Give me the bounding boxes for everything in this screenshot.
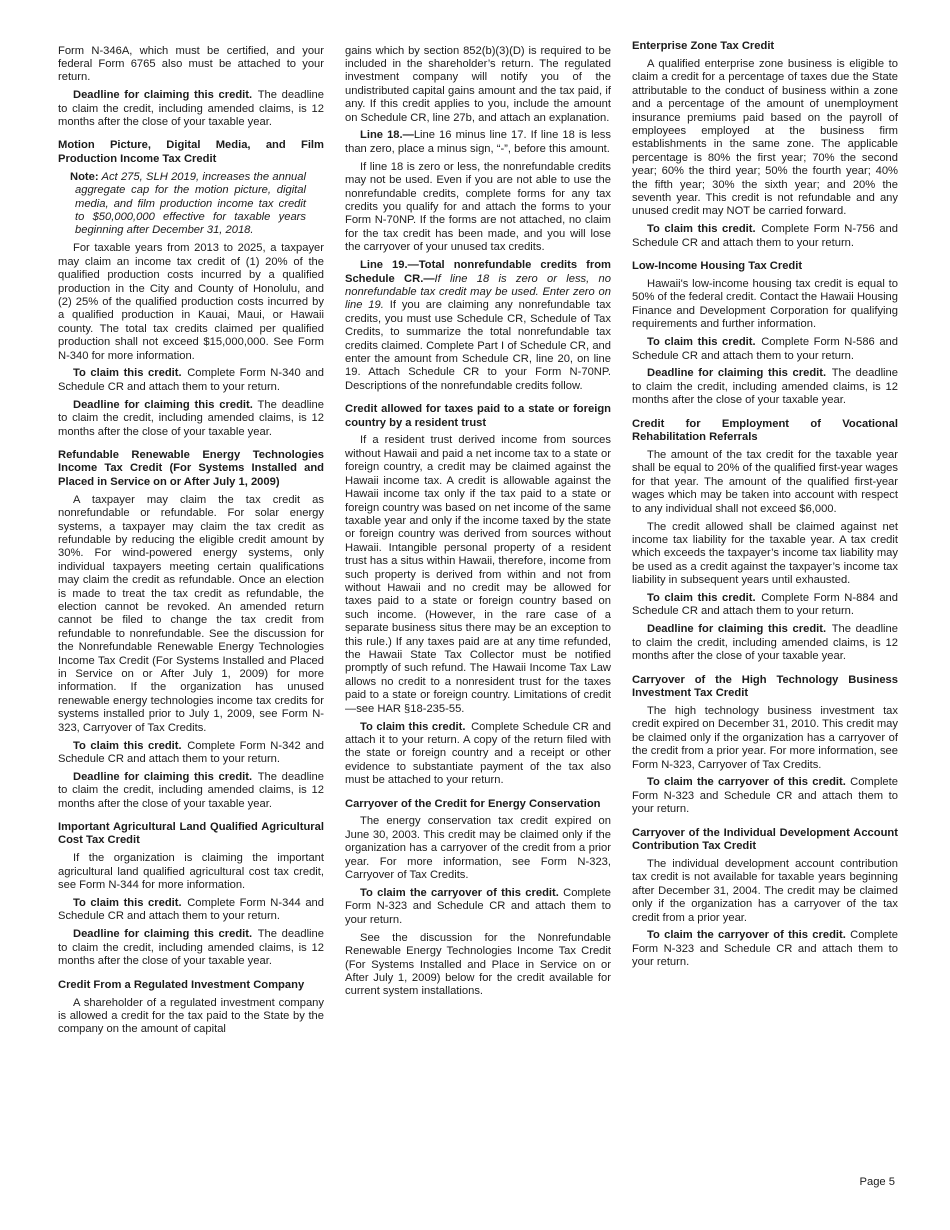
paragraph: See the discussion for the Nonrefundable…: [345, 932, 611, 999]
document-page: Form N-346A, which must be certified, an…: [0, 0, 950, 1230]
text-segment: The amount of the tax credit for the tax…: [632, 449, 898, 515]
bold-text-segment: To claim this credit.: [73, 740, 182, 752]
paragraph: For taxable years from 2013 to 2025, a t…: [58, 242, 324, 363]
text-column-2: gains which by section 852(b)(3)(D) is r…: [345, 40, 611, 1037]
bold-text-segment: Note:: [70, 171, 99, 183]
bold-text-segment: Line 18.—: [360, 129, 414, 141]
paragraph: Hawaii's low-income housing tax credit i…: [632, 278, 898, 332]
paragraph: Form N-346A, which must be certified, an…: [58, 45, 324, 85]
paragraph: Line 19.—Total nonrefundable credits fro…: [345, 259, 611, 393]
text-segment: If the organization is claiming the impo…: [58, 852, 324, 891]
page-number: Page 5: [860, 1176, 895, 1189]
text-column-3: Enterprise Zone Tax CreditA qualified en…: [632, 40, 898, 1037]
section-heading: Carryover of the Individual Development …: [632, 827, 898, 854]
text-segment: The individual development account contr…: [632, 858, 898, 924]
paragraph: To claim this credit. Complete Form N-34…: [58, 367, 324, 394]
paragraph: To claim this credit. Complete Schedule …: [345, 721, 611, 788]
bold-text-segment: To claim this credit.: [647, 592, 756, 604]
paragraph: If the organization is claiming the impo…: [58, 852, 324, 892]
section-heading: Carryover of the High Technology Busines…: [632, 674, 898, 701]
paragraph: To claim the carryover of this credit. C…: [345, 887, 611, 927]
paragraph: The amount of the tax credit for the tax…: [632, 449, 898, 516]
section-heading: Credit allowed for taxes paid to a state…: [345, 403, 611, 430]
paragraph: If line 18 is zero or less, the nonrefun…: [345, 161, 611, 255]
paragraph: The credit allowed shall be claimed agai…: [632, 521, 898, 588]
text-segment: The high technology business investment …: [632, 705, 898, 771]
paragraph: Deadline for claiming this credit. The d…: [58, 89, 324, 129]
bold-text-segment: To claim the carryover of this credit.: [647, 929, 846, 941]
paragraph: The high technology business investment …: [632, 705, 898, 772]
paragraph: A shareholder of a regulated investment …: [58, 997, 324, 1037]
paragraph: Deadline for claiming this credit. The d…: [58, 399, 324, 439]
paragraph: To claim the carryover of this credit. C…: [632, 776, 898, 816]
note-paragraph: Note: Act 275, SLH 2019, increases the a…: [75, 171, 306, 238]
bold-text-segment: Deadline for claiming this credit.: [647, 367, 826, 379]
bold-text-segment: Deadline for claiming this credit.: [73, 771, 252, 783]
paragraph: To claim this credit. Complete Form N-34…: [58, 740, 324, 767]
paragraph: The energy conservation tax credit expir…: [345, 815, 611, 882]
text-segment: A qualified enterprise zone business is …: [632, 58, 898, 217]
text-segment: The credit allowed shall be claimed agai…: [632, 521, 898, 587]
bold-text-segment: Deadline for claiming this credit.: [73, 399, 253, 411]
paragraph: To claim this credit. Complete Form N-58…: [632, 336, 898, 363]
text-column-1: Form N-346A, which must be certified, an…: [58, 40, 324, 1037]
text-segment: Hawaii's low-income housing tax credit i…: [632, 278, 898, 330]
three-column-text-layout: Form N-346A, which must be certified, an…: [0, 0, 950, 1037]
paragraph: Line 18.—Line 16 minus line 17. If line …: [345, 129, 611, 156]
paragraph: gains which by section 852(b)(3)(D) is r…: [345, 45, 611, 125]
text-segment: See the discussion for the Nonrefundable…: [345, 932, 611, 998]
section-heading: Important Agricultural Land Qualified Ag…: [58, 821, 324, 848]
paragraph: To claim this credit. Complete Form N-75…: [632, 223, 898, 250]
section-heading: Credit for Employment of Vocational Reha…: [632, 418, 898, 445]
text-segment: The energy conservation tax credit expir…: [345, 815, 611, 881]
paragraph: Deadline for claiming this credit. The d…: [58, 771, 324, 811]
text-segment: If line 18 is zero or less, the nonrefun…: [345, 161, 611, 253]
section-heading: Credit From a Regulated Investment Compa…: [58, 979, 324, 992]
bold-text-segment: Deadline for claiming this credit.: [73, 928, 252, 940]
text-segment: For taxable years from 2013 to 2025, a t…: [58, 242, 324, 361]
bold-text-segment: To claim the carryover of this credit.: [360, 887, 559, 899]
section-heading: Motion Picture, Digital Media, and Film …: [58, 139, 324, 166]
bold-text-segment: To claim this credit.: [73, 897, 182, 909]
paragraph: A taxpayer may claim the tax credit as n…: [58, 494, 324, 735]
text-segment: If you are claiming any nonrefundable ta…: [345, 299, 611, 391]
bold-text-segment: Deadline for claiming this credit.: [73, 89, 252, 101]
section-heading: Low-Income Housing Tax Credit: [632, 260, 898, 273]
paragraph: To claim this credit. Complete Form N-88…: [632, 592, 898, 619]
paragraph: A qualified enterprise zone business is …: [632, 58, 898, 219]
bold-text-segment: To claim the carryover of this credit.: [647, 776, 846, 788]
italic-text-segment: Act 275, SLH 2019, increases the annual …: [75, 171, 306, 237]
paragraph: Deadline for claiming this credit. The d…: [58, 928, 324, 968]
text-segment: gains which by section 852(b)(3)(D) is r…: [345, 45, 611, 124]
paragraph: Deadline for claiming this credit. The d…: [632, 367, 898, 407]
paragraph: The individual development account contr…: [632, 858, 898, 925]
text-segment: If a resident trust derived income from …: [345, 434, 611, 714]
section-heading: Carryover of the Credit for Energy Conse…: [345, 798, 611, 811]
section-heading: Refundable Renewable Energy Technologies…: [58, 449, 324, 489]
bold-text-segment: To claim this credit.: [647, 336, 756, 348]
paragraph: If a resident trust derived income from …: [345, 434, 611, 716]
text-segment: Form N-346A, which must be certified, an…: [58, 45, 324, 84]
section-heading: Enterprise Zone Tax Credit: [632, 40, 898, 53]
text-segment: A shareholder of a regulated investment …: [58, 997, 324, 1036]
paragraph: To claim this credit. Complete Form N-34…: [58, 897, 324, 924]
bold-text-segment: Deadline for claiming this credit.: [647, 623, 826, 635]
paragraph: Deadline for claiming this credit. The d…: [632, 623, 898, 663]
bold-text-segment: To claim this credit.: [647, 223, 756, 235]
text-segment: A taxpayer may claim the tax credit as n…: [58, 494, 324, 734]
bold-text-segment: To claim this credit.: [360, 721, 465, 733]
bold-text-segment: To claim this credit.: [73, 367, 182, 379]
paragraph: To claim the carryover of this credit. C…: [632, 929, 898, 969]
